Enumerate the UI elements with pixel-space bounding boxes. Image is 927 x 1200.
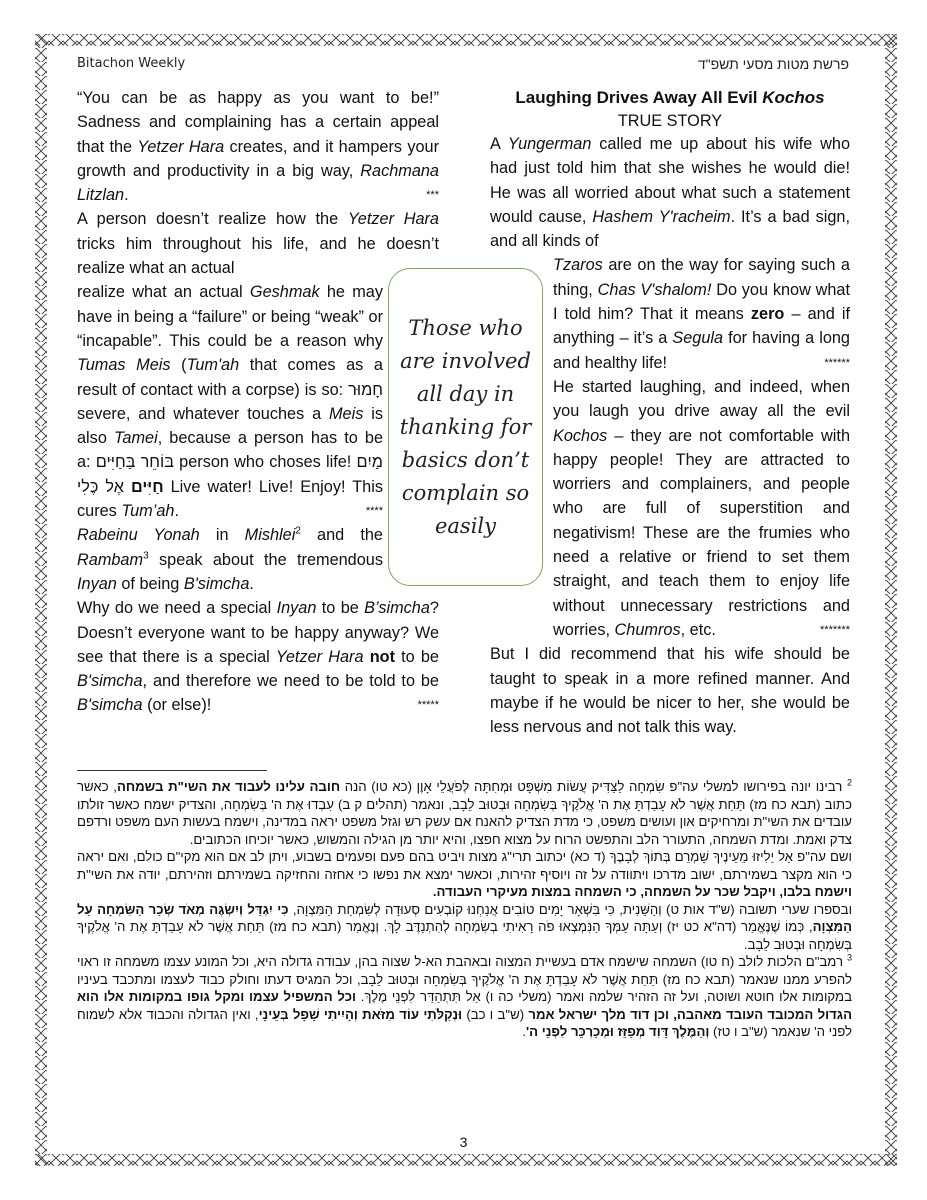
footnote-divider: [77, 770, 267, 771]
border-bottom: [35, 1154, 897, 1166]
left-column: “You can be as happy as you want to be!”…: [77, 86, 439, 718]
border-left: [35, 34, 47, 1166]
footnote-2: 2 רבינו יונה בפירושו למשלי עה"פ שִׂמְחָה…: [77, 778, 852, 848]
paragraph-4: Why do we need a special Inyan to be B’s…: [77, 596, 439, 717]
paragraph-2: A person doesn’t realize how the Yetzer …: [77, 207, 439, 280]
parsha-header: פרשת מטות מסעי תשפ"ד: [698, 56, 849, 72]
footnote-2-cont-1: ושם עה"פ אַל יַלִיזוּ מֵעֵינֶיךָ שָׁמְרֵ…: [77, 848, 852, 901]
section-separator: ******: [824, 351, 850, 375]
article-subtitle: TRUE STORY: [490, 110, 850, 132]
story-paragraph-1: A Yungerman called me up about his wife …: [490, 132, 850, 253]
paragraph-3: Rabeinu Yonah in Mishlei2 and the Rambam…: [77, 523, 383, 596]
paragraph-1: “You can be as happy as you want to be!”…: [77, 86, 439, 207]
border-top: [35, 34, 897, 46]
hebrew-chamur: חָמוּר: [348, 381, 383, 399]
wrapped-text-left: realize what an actual Geshmak he may ha…: [77, 280, 383, 596]
footnote-2-cont-2: ובספרו שערי תשובה (ש"ד אות ט) וְהַשֵּׁנִ…: [77, 901, 852, 954]
publication-name: Bitachon Weekly: [77, 56, 185, 71]
footnote-3: 3 רמב"ם הלכות לולב (ח טו) השמחה שישמח אד…: [77, 953, 852, 1041]
page-number: 3: [0, 1134, 927, 1150]
story-paragraph-3: But I did recommend that his wife should…: [490, 642, 850, 739]
section-separator: ***: [426, 183, 439, 207]
story-paragraph-2: He started laughing, and indeed, when yo…: [553, 375, 850, 642]
hebrew-bocher-bachaim: בּוֹחֵר בַּחַיִּים: [96, 453, 174, 471]
right-column: Laughing Drives Away All Evil Kochos TRU…: [490, 86, 850, 739]
border-right: [885, 34, 897, 1166]
opening-quote: “You can be as happy as you want to be!”: [77, 89, 439, 107]
wrapped-text-right: Tzaros are on the way for saying such a …: [553, 253, 850, 642]
section-separator: *****: [418, 693, 439, 717]
section-separator: *******: [820, 618, 850, 642]
footnotes: 2 רבינו יונה בפירושו למשלי עה"פ שִׂמְחָה…: [77, 778, 852, 1041]
section-separator: ****: [366, 499, 383, 523]
article-title: Laughing Drives Away All Evil Kochos: [490, 86, 850, 110]
